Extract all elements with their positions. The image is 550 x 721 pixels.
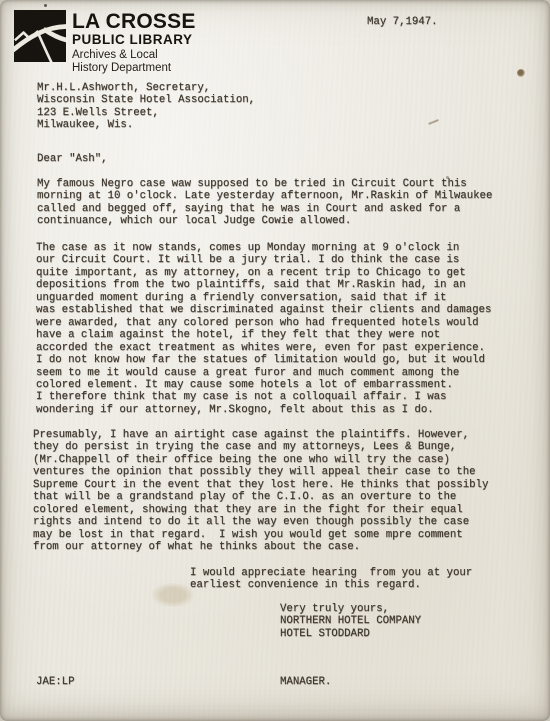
org-name-line1: LA CROSSE <box>72 11 196 32</box>
dept-line2: History Department <box>72 62 196 75</box>
signature-block: Very truly yours, NORTHERN HOTEL COMPANY… <box>280 603 421 640</box>
paper-smudge <box>152 583 194 607</box>
paper-speck-top <box>44 4 47 7</box>
closing-paragraph: I would appreciate hearing from you at y… <box>190 567 472 592</box>
scanned-letter-page: LA CROSSE PUBLIC LIBRARY Archives & Loca… <box>0 0 550 721</box>
body-paragraph-3: Presumably, I have an airtight case agai… <box>33 429 488 554</box>
body-paragraph-1: My famous Negro case waw supposed to be … <box>37 178 492 228</box>
salutation: Dear "Ash", <box>37 153 108 165</box>
dept-line1: Archives & Local <box>72 49 196 62</box>
letterhead: LA CROSSE PUBLIC LIBRARY Archives & Loca… <box>72 11 196 75</box>
paper-stain-dot <box>517 69 525 77</box>
library-logo-svg <box>14 10 66 62</box>
body-paragraph-2: The case as it now stands, comes up Mond… <box>36 242 491 416</box>
letter-date: May 7,1947. <box>367 16 438 28</box>
recipient-address-block: Mr.H.L.Ashworth, Secretary, Wisconsin St… <box>37 82 255 132</box>
library-logo-icon <box>14 10 66 62</box>
org-name-line2: PUBLIC LIBRARY <box>72 32 196 47</box>
reference-initials: JAE:LP <box>36 676 74 688</box>
signer-title: MANAGER. <box>280 676 331 688</box>
paper-pen-mark <box>428 119 439 125</box>
